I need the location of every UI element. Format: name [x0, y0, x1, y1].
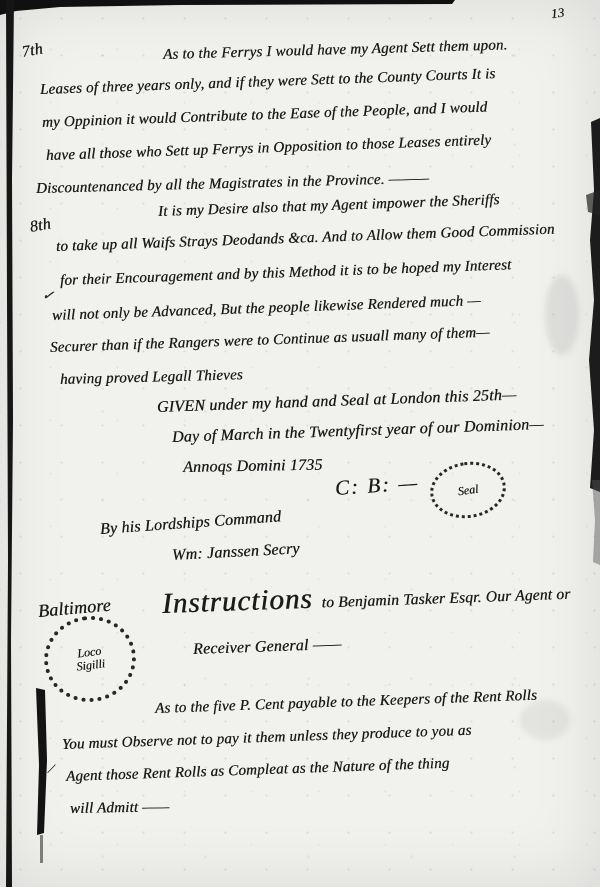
- seal-label: Seal: [457, 482, 479, 498]
- manuscript-line: my Oppinion it would Contribute to the E…: [42, 99, 488, 132]
- manuscript-line: Discountenanced by all the Magistrates i…: [36, 171, 430, 198]
- manuscript-line: will not only be Advanced, But the peopl…: [52, 293, 481, 325]
- manuscript-line: As to the five P. Cent payable to the Ke…: [155, 688, 538, 718]
- manuscript-line: It is my Desire also that my Agent impow…: [158, 192, 500, 221]
- attestation-line: Day of March in the Twentyfirst year of …: [172, 416, 544, 447]
- manuscript-line: You must Observe not to pay it them unle…: [62, 723, 472, 754]
- margin-check-mark: ✓: [41, 287, 55, 305]
- attestation-line: Annoqs Domini 1735: [183, 457, 323, 477]
- proprietor-signature: C: B: —: [334, 470, 420, 501]
- manuscript-line: Agent those Rent Rolls as Compleat as th…: [66, 756, 450, 786]
- page-number: 13: [550, 5, 565, 22]
- manuscript-text-layer: 13 7th As to the Ferrys I would have my …: [0, 0, 600, 887]
- manuscript-line: having proved Legall Thieves: [60, 367, 243, 389]
- instructions-heading: Instructions to Benjamin Tasker Esqr. Ou…: [161, 574, 570, 621]
- instructions-addressee: to Benjamin Tasker Esqr. Our Agent or: [321, 586, 570, 613]
- margin-check-mark: ∕: [49, 762, 54, 778]
- attestation-line: GIVEN under my hand and Seal at London t…: [157, 386, 517, 417]
- loco-sigilli-line2: Sigilli: [76, 657, 106, 673]
- seal-doodle-loco-sigilli: Loco Sigilli: [39, 611, 141, 708]
- manuscript-line: have all those who Sett up Ferrys in Opp…: [46, 132, 492, 165]
- seal-doodle-right: Seal: [426, 457, 509, 523]
- command-line: By his Lordships Command: [99, 508, 281, 539]
- manuscript-line: to take up all Waifs Strays Deodands &ca…: [56, 222, 555, 256]
- manuscript-line: for their Encouragement and by this Meth…: [60, 257, 512, 290]
- margin-item-8: 8th: [28, 215, 52, 236]
- secretary-signature: Wm: Janssen Secry: [172, 540, 301, 565]
- manuscript-line: Securer than if the Rangers were to Cont…: [50, 325, 490, 357]
- manuscript-line: As to the Ferrys I would have my Agent S…: [163, 37, 508, 64]
- instructions-word: Instructions: [161, 583, 313, 621]
- margin-item-7: 7th: [20, 40, 44, 61]
- manuscript-line: Leases of three years only, and if they …: [40, 66, 496, 99]
- instructions-heading-line2: Receiver General ——: [193, 636, 342, 659]
- manuscript-page: 13 7th As to the Ferrys I would have my …: [0, 0, 600, 887]
- manuscript-line: will Admitt ——: [70, 799, 170, 818]
